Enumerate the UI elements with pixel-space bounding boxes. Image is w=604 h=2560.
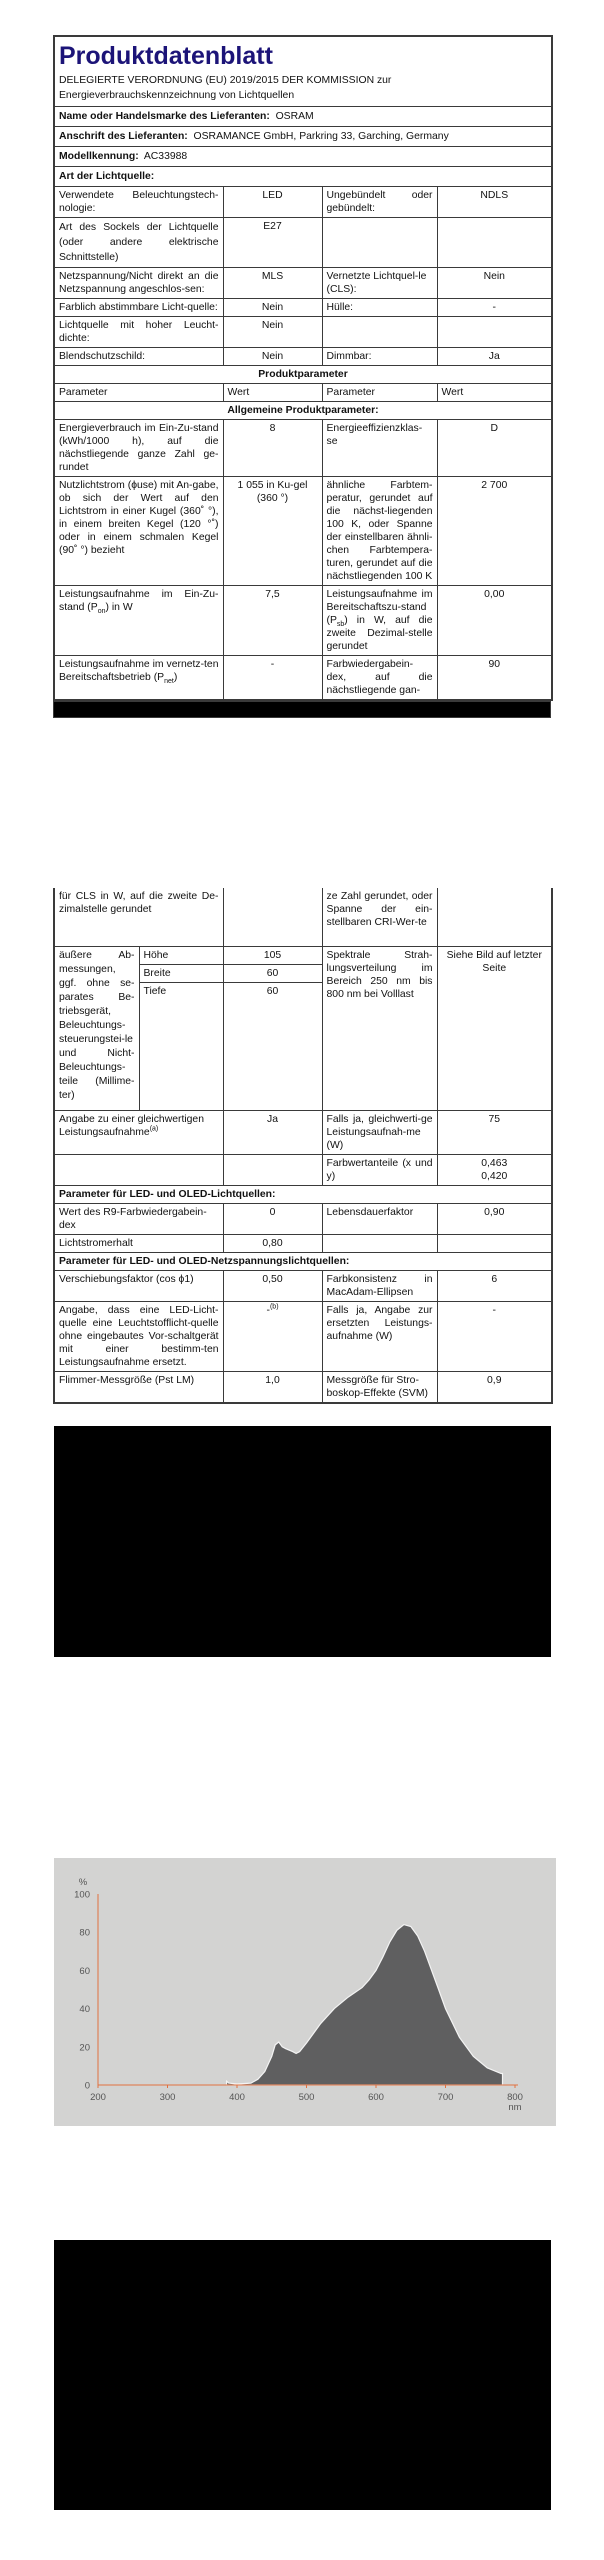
svg-text:20: 20 xyxy=(79,2042,90,2053)
table-row: Leistungsaufnahme im vernetz-ten Bereits… xyxy=(54,656,552,701)
dimensions-label: äußere Ab-messungen, ggf. ohne se-parate… xyxy=(54,946,139,1110)
regulation-line-2: Energieverbrauchskennzeichnung von Licht… xyxy=(59,88,547,103)
table-row: Flimmer-Messgröße (Pst LM) 1,0 Messgröße… xyxy=(54,1371,552,1403)
param-label: Leistungsaufnahme im Ein-Zu-stand (Pon) … xyxy=(54,586,223,656)
column-header: Parameter xyxy=(54,384,223,402)
param-label: Verwendete Beleuchtungstech-nologie: xyxy=(54,187,223,218)
spectrum-plot: 200300400500600700800020406080100%nm xyxy=(54,1858,556,2126)
param-label xyxy=(322,218,437,268)
param-label: Verschiebungsfaktor (cos ϕ1) xyxy=(54,1270,223,1301)
param-value: Ja xyxy=(437,348,552,366)
led-parameters-heading: Parameter für LED- und OLED-Lichtquellen… xyxy=(54,1185,552,1203)
param-value: 0,90 xyxy=(437,1203,552,1234)
dimension-name: Breite xyxy=(139,964,223,982)
param-label: Ungebündelt oder gebündelt: xyxy=(322,187,437,218)
table-row: für CLS in W, auf die zweite De-zimalste… xyxy=(54,888,552,946)
column-header: Wert xyxy=(223,384,322,402)
column-header: Wert xyxy=(437,384,552,402)
model-row: Modellkennung: AC33988 xyxy=(54,147,552,167)
param-label: Netzspannung/Nicht direkt an die Netzspa… xyxy=(54,268,223,299)
param-label: Vernetzte Lichtquel-le (CLS): xyxy=(322,268,437,299)
general-parameters-heading: Allgemeine Produktparameter: xyxy=(54,402,552,420)
svg-text:nm: nm xyxy=(508,2102,521,2113)
param-value xyxy=(437,888,552,946)
param-label: Lichtquelle mit hoher Leucht-dichte: xyxy=(54,317,223,348)
param-label: Farbkonsistenz in MacAdam-Ellipsen xyxy=(322,1270,437,1301)
param-value: Nein xyxy=(223,299,322,317)
supplier-name-value: OSRAM xyxy=(276,111,314,122)
param-value xyxy=(437,218,552,268)
table-row: Farblich abstimmbare Licht-quelle: Nein … xyxy=(54,299,552,317)
table-row: Wert des R9-Farbwiedergabein-dex 0 Leben… xyxy=(54,1203,552,1234)
param-label: Messgröße für Stro-boskop-Effekte (SVM) xyxy=(322,1371,437,1403)
product-parameters-heading: Produktparameter xyxy=(54,366,552,384)
param-label: Flimmer-Messgröße (Pst LM) xyxy=(54,1371,223,1403)
param-value: 0,4630,420 xyxy=(437,1154,552,1185)
svg-text:40: 40 xyxy=(79,2004,90,2015)
chromaticity-x: 0,463 xyxy=(442,1157,548,1170)
redacted-block xyxy=(54,1426,551,1657)
param-value: 7,5 xyxy=(223,586,322,656)
spectrum-area xyxy=(227,1925,503,2085)
param-value: 0,00 xyxy=(437,586,552,656)
datasheet-page-2: für CLS in W, auf die zweite De-zimalste… xyxy=(53,888,551,1404)
param-label: Falls ja, Angabe zur ersetzten Leistungs… xyxy=(322,1301,437,1371)
supplier-address-value: OSRAMANCE GmbH, Parkring 33, Garching, G… xyxy=(194,131,449,142)
svg-text:400: 400 xyxy=(229,2092,245,2103)
supplier-address-row: Anschrift des Lieferanten: OSRAMANCE Gmb… xyxy=(54,127,552,147)
param-value: - xyxy=(437,299,552,317)
redacted-block xyxy=(54,2240,551,2510)
svg-text:100: 100 xyxy=(74,1890,90,1901)
table-row: Verschiebungsfaktor (cos ϕ1) 0,50 Farbko… xyxy=(54,1270,552,1301)
table-row: Angabe, dass eine LED-Licht-quelle eine … xyxy=(54,1301,552,1371)
table-row: Lichtquelle mit hoher Leucht-dichte: Nei… xyxy=(54,317,552,348)
svg-text:500: 500 xyxy=(299,2092,315,2103)
param-label-continued: ze Zahl gerundet, oder Spanne der ein-st… xyxy=(322,888,437,946)
dimension-name: Tiefe xyxy=(139,982,223,1110)
param-value: 8 xyxy=(223,420,322,477)
table-row: Angabe zu einer gleichwertigen Leistungs… xyxy=(54,1110,552,1154)
param-label xyxy=(322,317,437,348)
table-row: Leistungsaufnahme im Ein-Zu-stand (Pon) … xyxy=(54,586,552,656)
datasheet-table-page-2: für CLS in W, auf die zweite De-zimalste… xyxy=(53,888,553,1404)
regulation-line-1: DELEGIERTE VERORDNUNG (EU) 2019/2015 DER… xyxy=(59,73,547,88)
svg-text:0: 0 xyxy=(85,2081,90,2092)
datasheet-page-1: Produktdatenblatt DELEGIERTE VERORDNUNG … xyxy=(53,35,551,718)
param-value: Siehe Bild auf letzter Seite xyxy=(437,946,552,1110)
param-value: 90 xyxy=(437,656,552,701)
param-value: Nein xyxy=(223,317,322,348)
table-row: Blendschutzschild: Nein Dimmbar: Ja xyxy=(54,348,552,366)
table-row: Verwendete Beleuchtungstech-nologie: LED… xyxy=(54,187,552,218)
param-label: Farblich abstimmbare Licht-quelle: xyxy=(54,299,223,317)
param-value: NDLS xyxy=(437,187,552,218)
dimensions-row: äußere Ab-messungen, ggf. ohne se-parate… xyxy=(54,946,552,964)
param-label: Art des Sockels der Lichtquelle (oder an… xyxy=(54,218,223,268)
param-label: Lebensdauerfaktor xyxy=(322,1203,437,1234)
param-value: 0,50 xyxy=(223,1270,322,1301)
param-label: Dimmbar: xyxy=(322,348,437,366)
param-value: D xyxy=(437,420,552,477)
param-label: Farbwertanteile (x und y) xyxy=(322,1154,437,1185)
table-row: Farbwertanteile (x und y) 0,4630,420 xyxy=(54,1154,552,1185)
supplier-name-row: Name oder Handelsmarke des Lieferanten: … xyxy=(54,107,552,127)
model-label: Modellkennung: xyxy=(59,151,139,162)
param-value: 1,0 xyxy=(223,1371,322,1403)
param-label: Leistungsaufnahme im vernetz-ten Bereits… xyxy=(54,656,223,701)
param-label: Energieverbrauch im Ein-Zu-stand (kWh/10… xyxy=(54,420,223,477)
param-label: Leistungsaufnahme im Bereitschaftszu-sta… xyxy=(322,586,437,656)
param-value: Ja xyxy=(223,1110,322,1154)
param-value: Nein xyxy=(437,268,552,299)
svg-text:80: 80 xyxy=(79,1928,90,1939)
table-row: Energieverbrauch im Ein-Zu-stand (kWh/10… xyxy=(54,420,552,477)
param-value: -(b) xyxy=(223,1301,322,1371)
svg-text:%: % xyxy=(79,1877,88,1888)
param-value xyxy=(437,1234,552,1252)
dimension-name: Höhe xyxy=(139,946,223,964)
param-value: E27 xyxy=(223,218,322,268)
datasheet-table-page-1: Produktdatenblatt DELEGIERTE VERORDNUNG … xyxy=(53,35,553,701)
param-value: 0,80 xyxy=(223,1234,322,1252)
page-title: Produktdatenblatt xyxy=(55,37,551,73)
param-label: Energieeffizienzklas-se xyxy=(322,420,437,477)
param-value: MLS xyxy=(223,268,322,299)
param-label: Nutzlichtstrom (ϕuse) mit An-gabe, ob si… xyxy=(54,477,223,586)
dimension-value: 60 xyxy=(223,982,322,1110)
param-label xyxy=(54,1154,223,1185)
param-label: Hülle: xyxy=(322,299,437,317)
param-value: - xyxy=(223,656,322,701)
param-label: Wert des R9-Farbwiedergabein-dex xyxy=(54,1203,223,1234)
table-row: Art des Sockels der Lichtquelle (oder an… xyxy=(54,218,552,268)
svg-text:300: 300 xyxy=(160,2092,176,2103)
param-value xyxy=(223,888,322,946)
param-label: Lichtstromerhalt xyxy=(54,1234,223,1252)
param-value: Nein xyxy=(223,348,322,366)
param-value: 2 700 xyxy=(437,477,552,586)
param-label: Blendschutzschild: xyxy=(54,348,223,366)
param-label: Angabe zu einer gleichwertigen Leistungs… xyxy=(54,1110,223,1154)
param-label: Falls ja, gleichwerti-ge Leistungsaufnah… xyxy=(322,1110,437,1154)
supplier-name-label: Name oder Handelsmarke des Lieferanten: xyxy=(59,111,270,122)
param-value xyxy=(437,317,552,348)
dimension-value: 60 xyxy=(223,964,322,982)
param-value xyxy=(223,1154,322,1185)
param-value: 0,9 xyxy=(437,1371,552,1403)
table-row: Netzspannung/Nicht direkt an die Netzspa… xyxy=(54,268,552,299)
column-header: Parameter xyxy=(322,384,437,402)
svg-text:600: 600 xyxy=(368,2092,384,2103)
svg-text:200: 200 xyxy=(90,2092,106,2103)
param-value: 75 xyxy=(437,1110,552,1154)
svg-text:700: 700 xyxy=(438,2092,454,2103)
chromaticity-y: 0,420 xyxy=(442,1170,548,1183)
param-label: Angabe, dass eine LED-Licht-quelle eine … xyxy=(54,1301,223,1371)
param-label xyxy=(322,1234,437,1252)
table-row: Lichtstromerhalt 0,80 xyxy=(54,1234,552,1252)
svg-text:60: 60 xyxy=(79,1966,90,1977)
redacted-bar xyxy=(53,701,551,718)
param-value: 1 055 in Ku-gel (360 °) xyxy=(223,477,322,586)
param-label: ähnliche Farbtem-peratur, gerundet auf d… xyxy=(322,477,437,586)
param-value: 0 xyxy=(223,1203,322,1234)
param-label: Farbwiedergabein-dex, auf die nächstlieg… xyxy=(322,656,437,701)
param-value: 6 xyxy=(437,1270,552,1301)
param-label-continued: für CLS in W, auf die zweite De-zimalste… xyxy=(54,888,223,946)
param-label: Spektrale Strah-lungsverteilung im Berei… xyxy=(322,946,437,1110)
param-value: LED xyxy=(223,187,322,218)
supplier-address-label: Anschrift des Lieferanten: xyxy=(59,131,188,142)
dimension-value: 105 xyxy=(223,946,322,964)
model-value: AC33988 xyxy=(144,151,187,162)
mains-parameters-heading: Parameter für LED- und OLED-Netzspannung… xyxy=(54,1252,552,1270)
light-source-type-heading: Art der Lichtquelle: xyxy=(54,167,552,187)
param-value: - xyxy=(437,1301,552,1371)
spectral-distribution-chart: 200300400500600700800020406080100%nm xyxy=(54,1858,556,2126)
column-header-row: Parameter Wert Parameter Wert xyxy=(54,384,552,402)
table-row: Nutzlichtstrom (ϕuse) mit An-gabe, ob si… xyxy=(54,477,552,586)
